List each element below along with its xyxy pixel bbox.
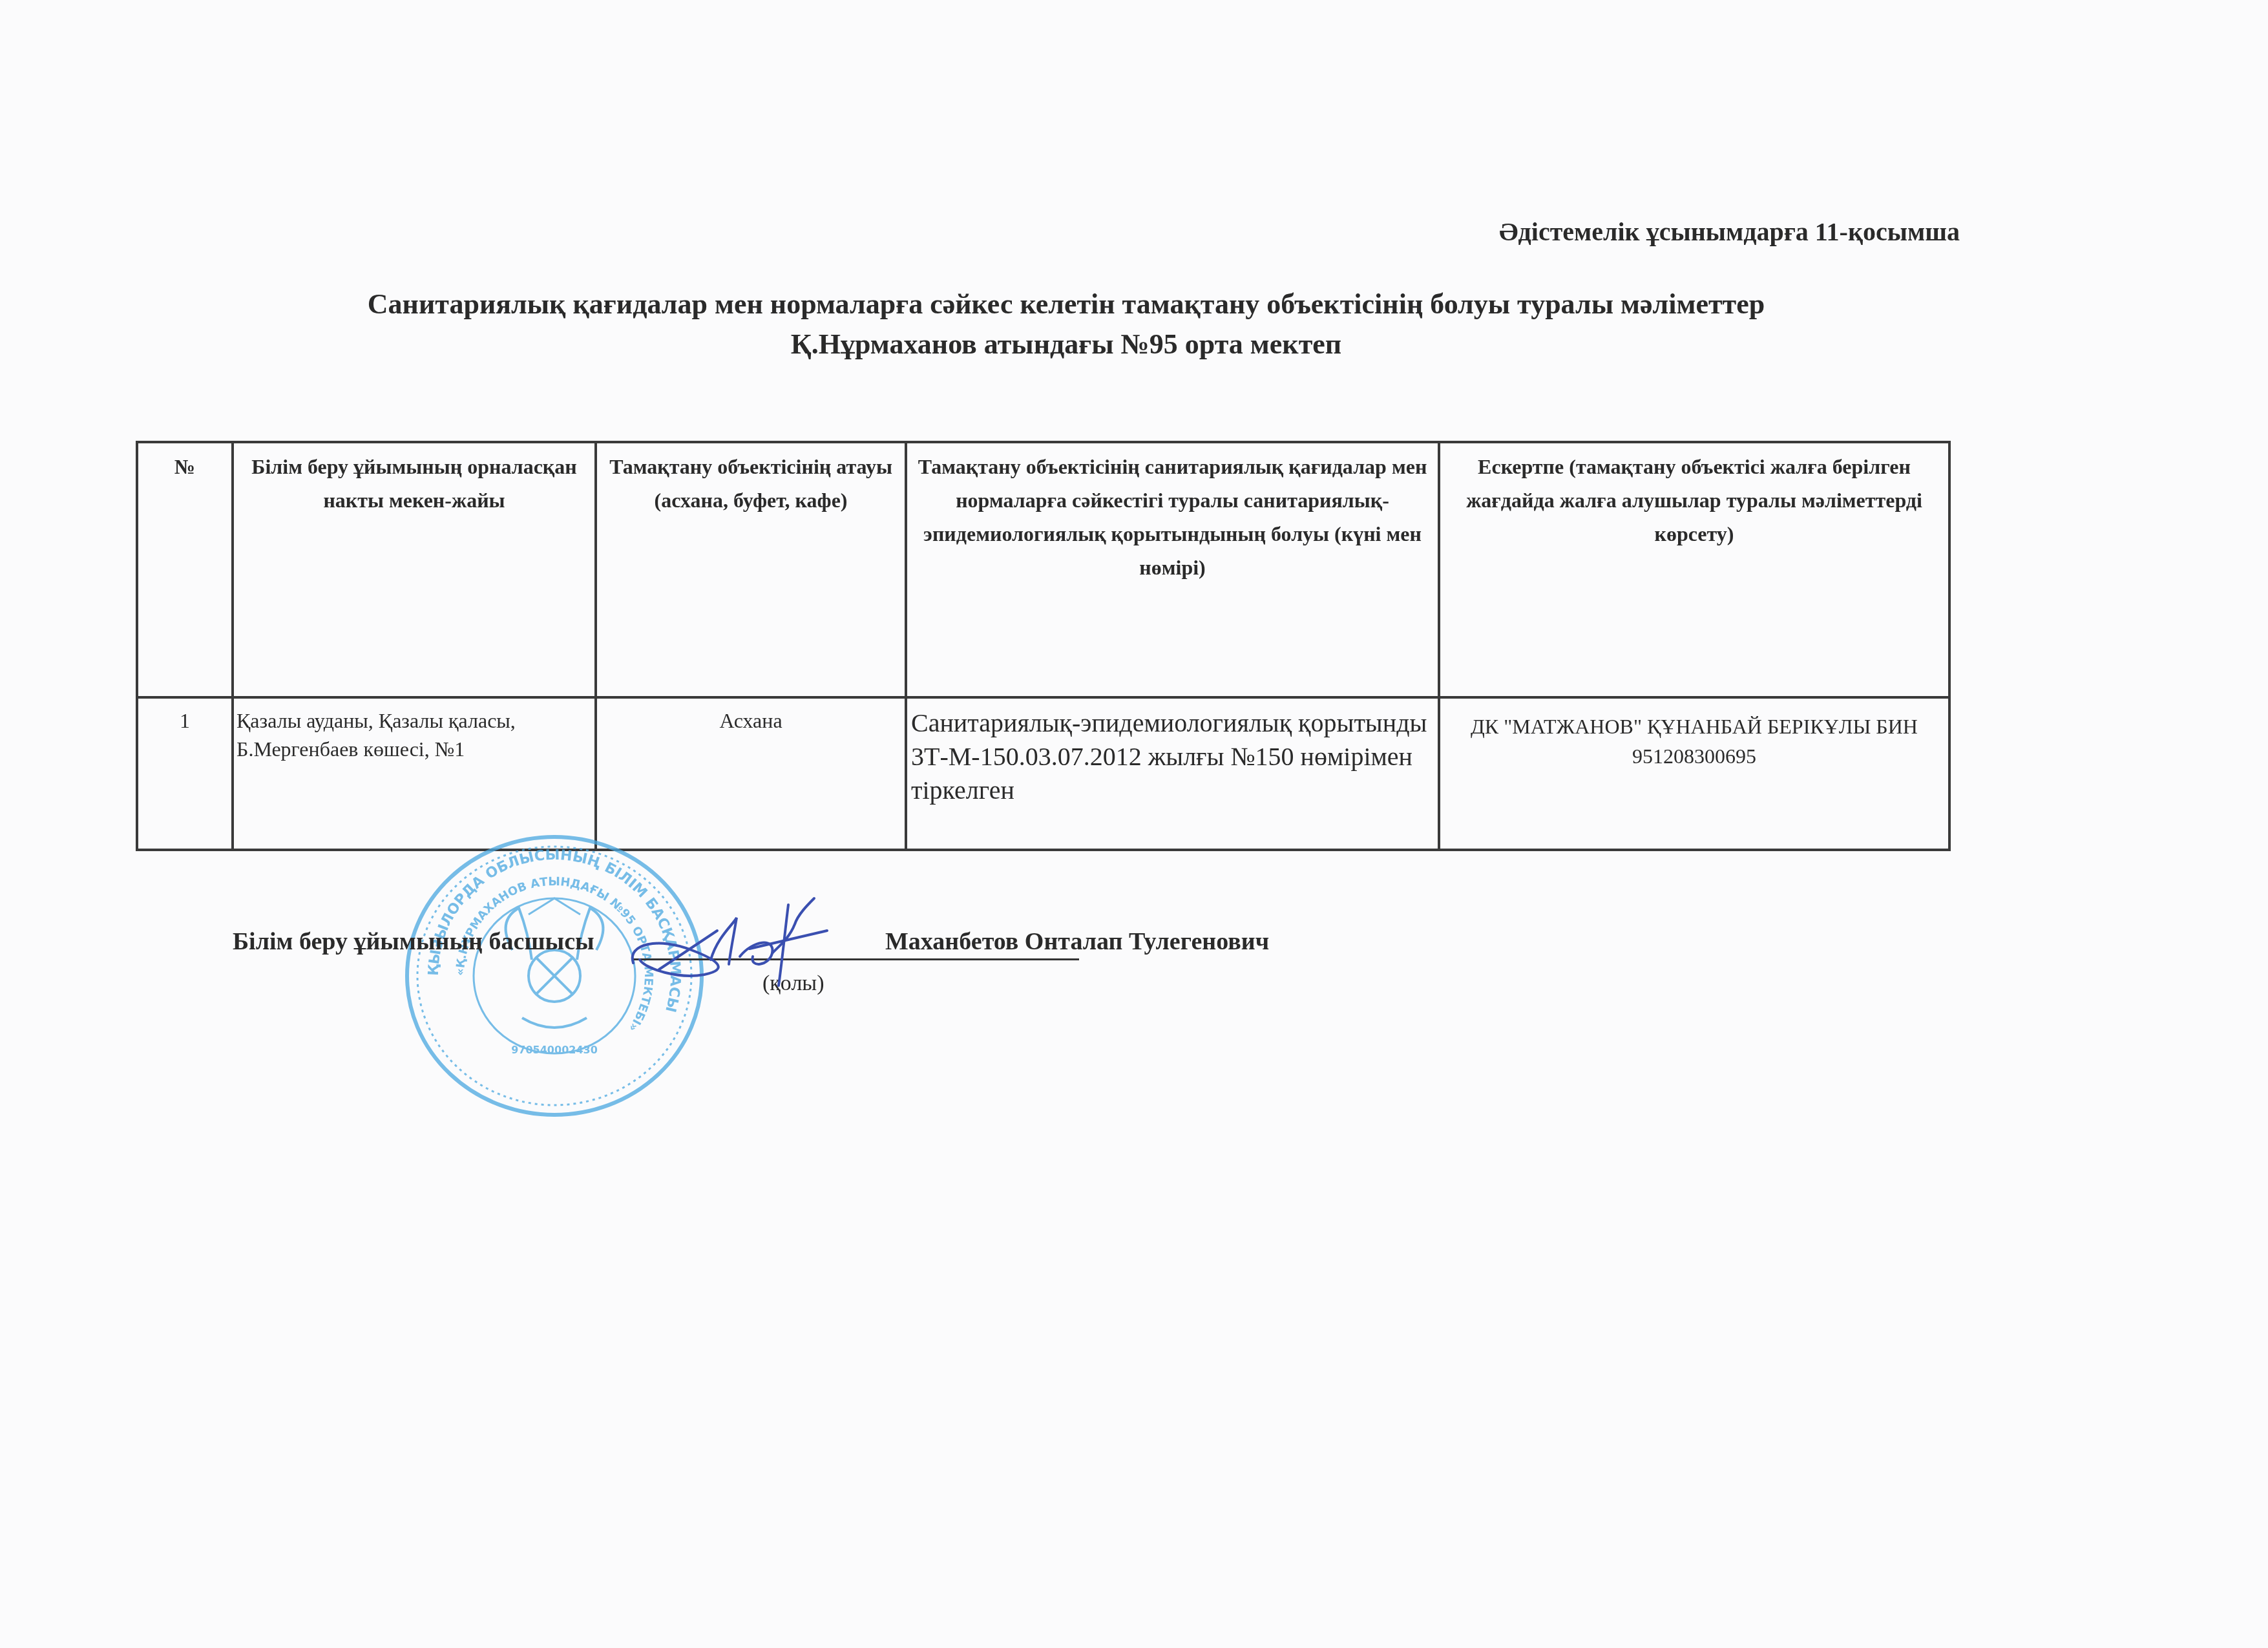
title-line-2: Қ.Нұрмаханов атындағы №95 орта мектеп — [194, 324, 1938, 364]
header-address: Білім беру ұйымының орналасқан накты мек… — [233, 442, 596, 697]
cell-number: 1 — [137, 697, 233, 850]
cell-address: Қазалы ауданы, Қазалы қаласы, Б.Мергенба… — [233, 697, 596, 850]
cell-note: ДК "МАТЖАНОВ" ҚҰНАНБАЙ БЕРІКҰЛЫ БИН 9512… — [1439, 697, 1949, 850]
header-facility-name: Тамақтану объектісінің атауы (асхана, бу… — [596, 442, 906, 697]
signatory-name: Маханбетов Онталап Тулегенович — [885, 927, 1269, 956]
annex-label: Әдістемелік ұсынымдарға 11-қосымша — [1499, 217, 2042, 247]
signature-label: Білім беру ұйымының басшысы — [233, 927, 594, 956]
food-facility-table: № Білім беру ұйымының орналасқан накты м… — [136, 441, 1951, 851]
header-number: № — [137, 442, 233, 697]
svg-text:970540002430: 970540002430 — [511, 1044, 598, 1056]
document-title: Санитариялық қағидалар мен нормаларға сә… — [194, 284, 1938, 364]
header-sanitary-conclusion: Тамақтану объектісінің санитариялық қағи… — [906, 442, 1439, 697]
title-line-1: Санитариялық қағидалар мен нормаларға сә… — [194, 284, 1938, 324]
table-row: 1 Қазалы ауданы, Қазалы қаласы, Б.Мерген… — [137, 697, 1949, 850]
handwritten-signature-icon — [620, 892, 840, 989]
table-header-row: № Білім беру ұйымының орналасқан накты м… — [137, 442, 1949, 697]
header-note: Ескертпе (тамақтану объектісі жалға бері… — [1439, 442, 1949, 697]
cell-facility-name: Асхана — [596, 697, 906, 850]
cell-sanitary-conclusion: Санитариялық-эпидемиологиялық қорытынды … — [906, 697, 1439, 850]
